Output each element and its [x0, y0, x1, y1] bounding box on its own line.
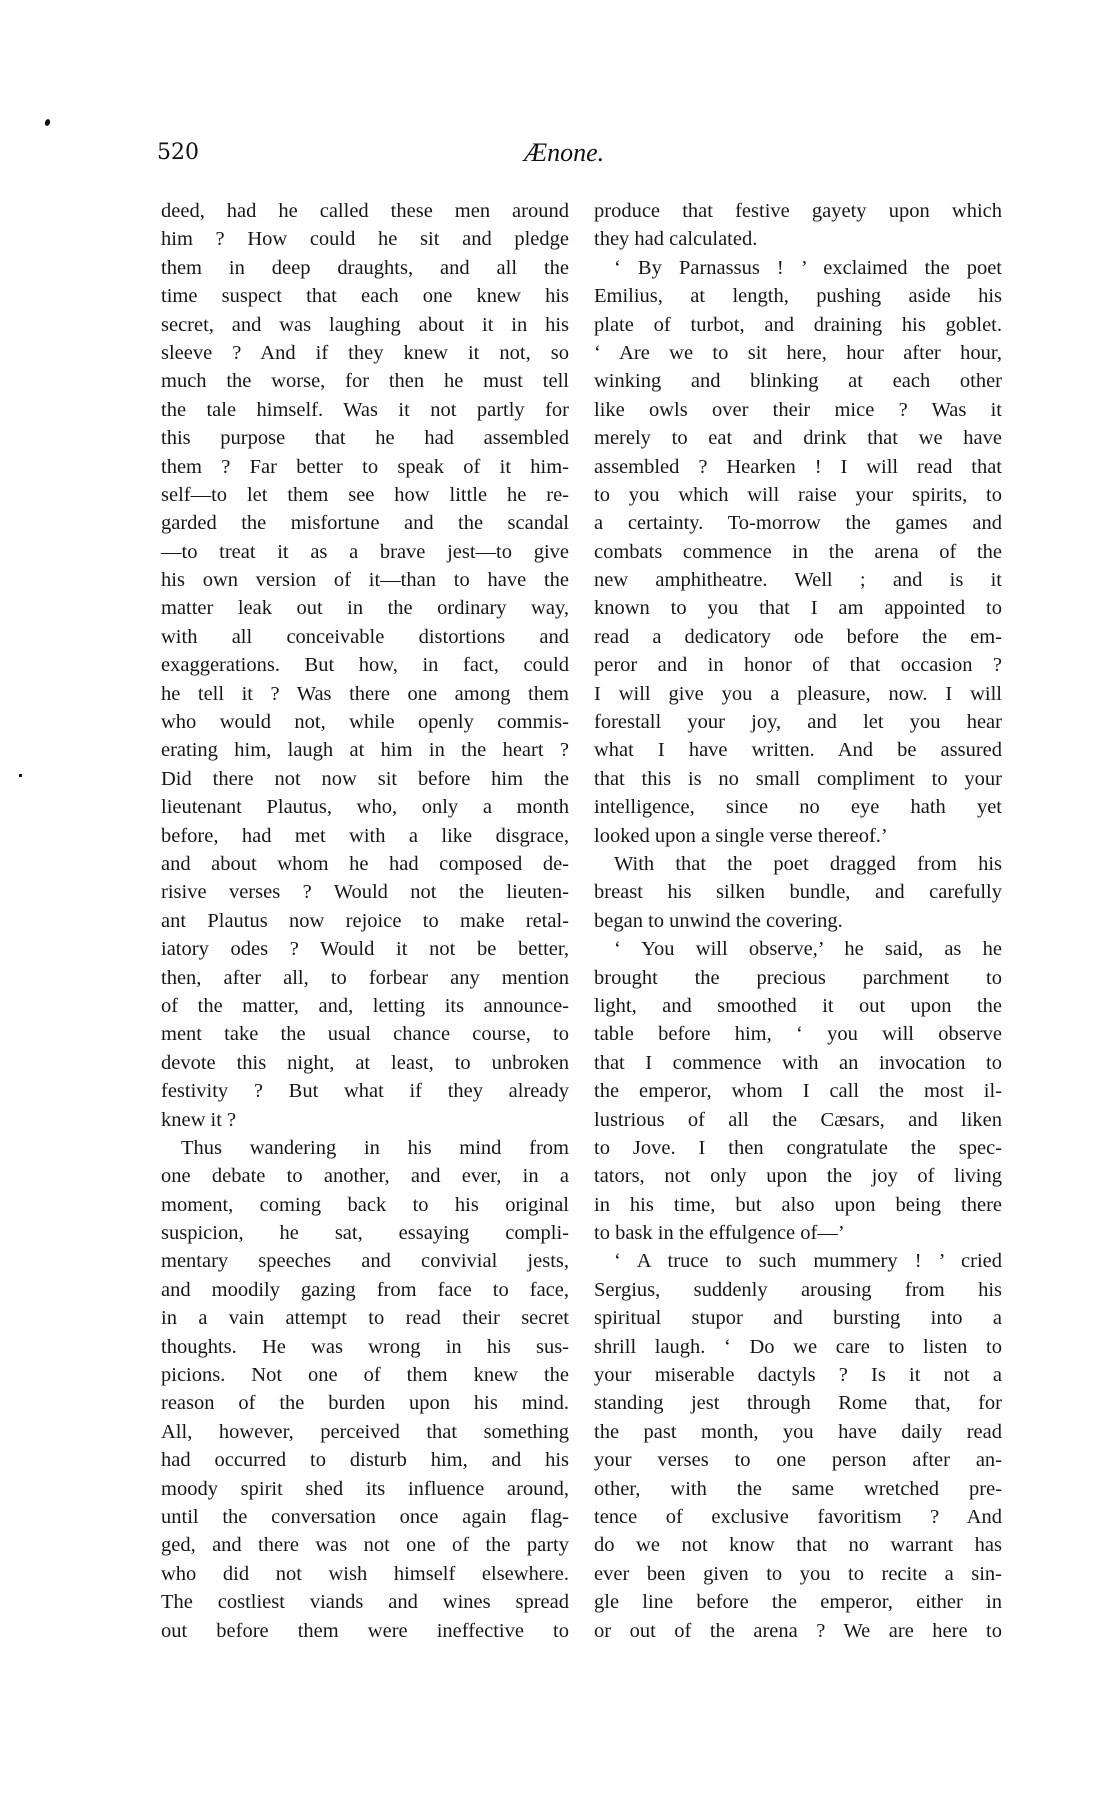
text-line: of the matter, and, letting its announce…	[161, 992, 569, 1020]
text-line: intelligence, since no eye hath yet	[594, 793, 1002, 821]
text-line: deed, had he called these men around	[161, 197, 569, 225]
text-line: iatory odes ? Would it not be better,	[161, 935, 569, 963]
text-line: ‘ You will observe,’ he said, as he	[594, 935, 1002, 963]
text-line: I will give you a pleasure, now. I will	[594, 680, 1002, 708]
text-line: plate of turbot, and draining his goblet…	[594, 311, 1002, 339]
text-line: looked upon a single verse thereof.’	[594, 822, 1002, 850]
text-line: sleeve ? And if they knew it not, so	[161, 339, 569, 367]
text-line: or out of the arena ? We are here to	[594, 1617, 1002, 1645]
text-line: moment, coming back to his original	[161, 1191, 569, 1219]
text-line: who did not wish himself elsewhere.	[161, 1560, 569, 1588]
text-line: they had calculated.	[594, 225, 1002, 253]
text-line: exaggerations. But how, in fact, could	[161, 651, 569, 679]
text-line: standing jest through Rome that, for	[594, 1389, 1002, 1417]
text-line: garded the misfortune and the scandal	[161, 509, 569, 537]
text-line: ant Plautus now rejoice to make retal-	[161, 907, 569, 935]
text-line: Did there not now sit before him the	[161, 765, 569, 793]
text-line: in his time, but also upon being there	[594, 1191, 1002, 1219]
text-line: like owls over their mice ? Was it	[594, 396, 1002, 424]
text-line: shrill laugh. ‘ Do we care to listen to	[594, 1333, 1002, 1361]
text-line: the tale himself. Was it not partly for	[161, 396, 569, 424]
scan-speck	[19, 774, 22, 777]
text-line: secret, and was laughing about it in his	[161, 311, 569, 339]
text-line: lieutenant Plautus, who, only a month	[161, 793, 569, 821]
text-line: this purpose that he had assembled	[161, 424, 569, 452]
text-line: before, had met with a like disgrace,	[161, 822, 569, 850]
text-line: and about whom he had composed de-	[161, 850, 569, 878]
text-line: his own version of it—than to have the	[161, 566, 569, 594]
text-line: Thus wandering in his mind from	[161, 1134, 569, 1162]
text-line: knew it ?	[161, 1106, 569, 1134]
text-line: The costliest viands and wines spread	[161, 1588, 569, 1616]
text-line: known to you that I am appointed to	[594, 594, 1002, 622]
text-line: self—to let them see how little he re-	[161, 481, 569, 509]
text-line: forestall your joy, and let you hear	[594, 708, 1002, 736]
scan-speck	[44, 118, 51, 126]
text-line: festivity ? But what if they already	[161, 1077, 569, 1105]
text-line: merely to eat and drink that we have	[594, 424, 1002, 452]
text-line: other, with the same wretched pre-	[594, 1475, 1002, 1503]
text-line: table before him, ‘ you will observe	[594, 1020, 1002, 1048]
text-line: ‘ Are we to sit here, hour after hour,	[594, 339, 1002, 367]
text-line: then, after all, to forbear any mention	[161, 964, 569, 992]
text-line: winking and blinking at each other	[594, 367, 1002, 395]
text-line: matter leak out in the ordinary way,	[161, 594, 569, 622]
text-line: peror and in honor of that occasion ?	[594, 651, 1002, 679]
text-line: that this is no small compliment to your	[594, 765, 1002, 793]
running-head: 520 Ænone.	[0, 138, 1120, 168]
text-line: to bask in the effulgence of—’	[594, 1219, 1002, 1247]
text-line: and moodily gazing from face to face,	[161, 1276, 569, 1304]
text-line: ‘ A truce to such mummery ! ’ cried	[594, 1247, 1002, 1275]
text-line: one debate to another, and ever, in a	[161, 1162, 569, 1190]
text-line: combats commence in the arena of the	[594, 538, 1002, 566]
text-line: what I have written. And be assured	[594, 736, 1002, 764]
text-line: reason of the burden upon his mind.	[161, 1389, 569, 1417]
text-line: Sergius, suddenly arousing from his	[594, 1276, 1002, 1304]
text-line: lustrious of all the Cæsars, and liken	[594, 1106, 1002, 1134]
text-line: risive verses ? Would not the lieuten-	[161, 878, 569, 906]
text-line: ment take the usual chance course, to	[161, 1020, 569, 1048]
text-line: in a vain attempt to read their secret	[161, 1304, 569, 1332]
text-line: picions. Not one of them knew the	[161, 1361, 569, 1389]
text-line: light, and smoothed it out upon the	[594, 992, 1002, 1020]
text-line: them in deep draughts, and all the	[161, 254, 569, 282]
text-line: a certainty. To-morrow the games and	[594, 509, 1002, 537]
text-line: erating him, laugh at him in the heart ?	[161, 736, 569, 764]
text-line: ged, and there was not one of the party	[161, 1531, 569, 1559]
text-line: them ? Far better to speak of it him-	[161, 453, 569, 481]
text-line: With that the poet dragged from his	[594, 850, 1002, 878]
text-line: read a dedicatory ode before the em-	[594, 623, 1002, 651]
text-line: Emilius, at length, pushing aside his	[594, 282, 1002, 310]
text-line: he tell it ? Was there one among them	[161, 680, 569, 708]
text-line: do we not know that no warrant has	[594, 1531, 1002, 1559]
text-line: who would not, while openly commis-	[161, 708, 569, 736]
text-line: the emperor, whom I call the most il-	[594, 1077, 1002, 1105]
text-line: tators, not only upon the joy of living	[594, 1162, 1002, 1190]
page-title: Ænone.	[524, 138, 604, 168]
text-line: with all conceivable distortions and	[161, 623, 569, 651]
text-line: devote this night, at least, to unbroken	[161, 1049, 569, 1077]
text-line: produce that festive gayety upon which	[594, 197, 1002, 225]
text-line: thoughts. He was wrong in his sus-	[161, 1333, 569, 1361]
text-line: ever been given to you to recite a sin-	[594, 1560, 1002, 1588]
text-line: until the conversation once again flag-	[161, 1503, 569, 1531]
text-line: brought the precious parchment to	[594, 964, 1002, 992]
left-column: deed, had he called these men aroundhim …	[161, 197, 569, 1645]
text-line: spiritual stupor and bursting into a	[594, 1304, 1002, 1332]
text-line: had occurred to disturb him, and his	[161, 1446, 569, 1474]
text-line: your miserable dactyls ? Is it not a	[594, 1361, 1002, 1389]
text-line: All, however, perceived that something	[161, 1418, 569, 1446]
text-line: assembled ? Hearken ! I will read that	[594, 453, 1002, 481]
text-line: to you which will raise your spirits, to	[594, 481, 1002, 509]
text-line: to Jove. I then congratulate the spec-	[594, 1134, 1002, 1162]
text-line: new amphitheatre. Well ; and is it	[594, 566, 1002, 594]
text-line: tence of exclusive favoritism ? And	[594, 1503, 1002, 1531]
text-line: mentary speeches and convivial jests,	[161, 1247, 569, 1275]
text-line: that I commence with an invocation to	[594, 1049, 1002, 1077]
text-line: moody spirit shed its influence around,	[161, 1475, 569, 1503]
text-line: ‘ By Parnassus ! ’ exclaimed the poet	[594, 254, 1002, 282]
text-line: him ? How could he sit and pledge	[161, 225, 569, 253]
text-line: suspicion, he sat, essaying compli-	[161, 1219, 569, 1247]
text-line: began to unwind the covering.	[594, 907, 1002, 935]
text-line: your verses to one person after an-	[594, 1446, 1002, 1474]
document-page: 520 Ænone. deed, had he called these men…	[0, 0, 1120, 1800]
text-line: breast his silken bundle, and carefully	[594, 878, 1002, 906]
text-line: much the worse, for then he must tell	[161, 367, 569, 395]
text-line: —to treat it as a brave jest—to give	[161, 538, 569, 566]
text-line: out before them were ineffective to	[161, 1617, 569, 1645]
text-line: gle line before the emperor, either in	[594, 1588, 1002, 1616]
text-line: the past month, you have daily read	[594, 1418, 1002, 1446]
right-column: produce that festive gayety upon whichth…	[594, 197, 1002, 1645]
text-line: time suspect that each one knew his	[161, 282, 569, 310]
page-number: 520	[157, 138, 199, 168]
